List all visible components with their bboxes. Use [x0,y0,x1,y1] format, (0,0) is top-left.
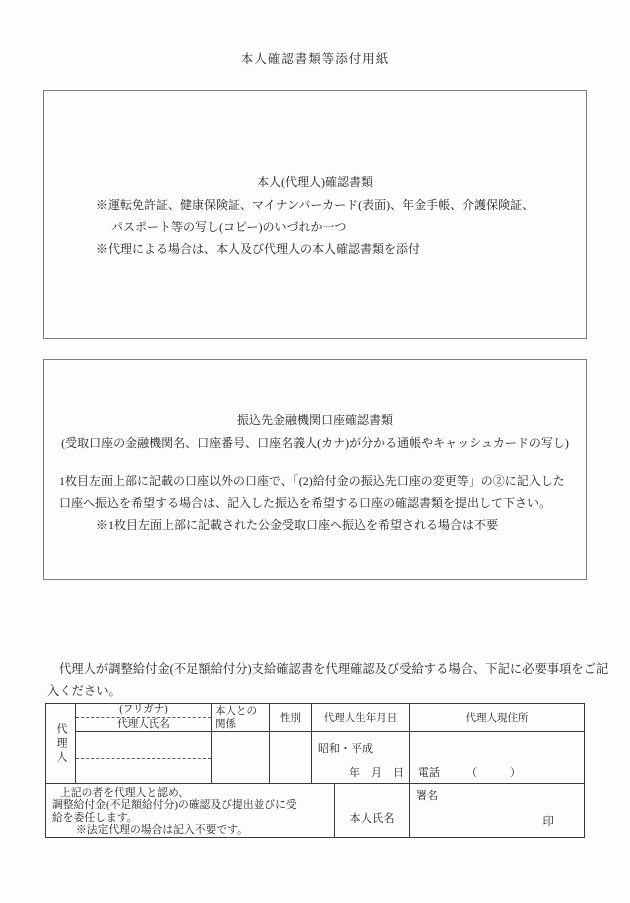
relation-header-cell: 本人との 関係 [212,704,270,732]
birthdate-input-cell: 昭和・平成 年 月 日 [312,732,410,783]
relation-input-cell [212,732,270,783]
proxy-info-table: 代理人 (フリガナ) 代理人氏名 本人との 関係 性別 代理人生年月日 代理人現… [45,703,585,838]
bank-box-heading: 振込先金融機関口座確認書類 [44,411,586,428]
bank-box-subheading: (受取口座の金融機関名、口座番号、口座名義人(カナ)が分かる通帳やキャッシュカー… [44,434,586,451]
identity-documents-box: 本人(代理人)確認書類 ※運転免許証、健康保険証、マイナンバーカード(表面)、年… [43,90,587,339]
furigana-label: (フリガナ) [76,704,211,718]
identity-box-line: ※運転免許証、健康保険証、マイナンバーカード(表面)、年金手帳、介護保険証、 [96,196,534,213]
gender-input-cell [270,732,312,783]
signature-label: 署名 [416,787,438,803]
phone-paren: （ ） [466,767,521,779]
delegation-statement-line: 給を委任します。 [52,812,329,824]
proxy-intro-line: 代理人が調整給付金(不足額給付分)支給確認書を代理確認及び受給する場合、下記に必… [47,659,587,681]
relation-label-line2: 関係 [215,718,269,731]
proxy-intro-line: 入ください。 [47,681,587,703]
principal-name-label: 本人氏名 [349,810,394,826]
birthdate-header-cell: 代理人生年月日 [312,704,410,732]
signature-cell: 署名 印 [410,784,584,837]
bank-box-line: ※1枚目左面上部に記載された公金受取口座へ振込を希望される場合は不要 [96,516,498,533]
address-header-cell: 代理人現住所 [410,704,584,732]
proxy-intro-paragraph: 代理人が調整給付金(不足額給付分)支給確認書を代理確認及び受給する場合、下記に必… [47,659,587,702]
proxy-group-label: 代理人 [55,723,66,765]
proxy-table-lower: 上記の者を代理人と認め、 調整給付金(不足額給付分)の確認及び提出並びに受 給を… [45,784,585,838]
address-label: 代理人現住所 [466,710,529,725]
gender-label: 性別 [280,710,301,725]
identity-box-line: パスポート等の写し(コピー)のいづれか一つ [111,218,347,235]
birthdate-label: 代理人生年月日 [324,710,398,725]
doc-title: 本人確認書類等添付用紙 [0,49,630,67]
proxy-name-header-cell: (フリガナ) 代理人氏名 [76,704,212,732]
principal-name-header-cell: 本人氏名 [335,784,410,837]
delegation-statement-line: ※法定代理の場合は記入不要です。 [52,824,329,836]
phone-line: 電話（ ） [418,764,521,780]
delegation-statement-cell: 上記の者を代理人と認め、 調整給付金(不足額給付分)の確認及び提出並びに受 給を… [46,784,335,837]
document-page: 本人確認書類等添付用紙 本人(代理人)確認書類 ※運転免許証、健康保険証、マイナ… [0,0,630,903]
furigana-writing-line [76,732,211,759]
proxy-name-label: 代理人氏名 [76,718,211,732]
seal-mark-label: 印 [543,813,555,829]
date-format-label: 年 月 日 [349,764,404,780]
proxy-group-label-cell: 代理人 [46,704,76,783]
identity-box-heading: 本人(代理人)確認書類 [44,173,586,190]
delegation-statement-line: 上記の者を代理人と認め、 [52,787,329,799]
gender-header-cell: 性別 [270,704,312,732]
relation-label-line1: 本人との [215,705,269,718]
era-options-label: 昭和・平成 [318,740,373,756]
bank-box-line: 1枚目左面上部に記載の口座以外の口座で、「(2)給付金の振込先口座の変更等」の②… [59,472,565,489]
delegation-statement-line: 調整給付金(不足額給付分)の確認及び提出並びに受 [52,799,329,811]
phone-label: 電話 [418,767,440,779]
bank-account-documents-box: 振込先金融機関口座確認書類 (受取口座の金融機関名、口座番号、口座名義人(カナ)… [43,359,587,580]
address-input-cell: 電話（ ） [410,732,584,783]
proxy-name-input-cell [76,732,212,783]
bank-box-line: 口座へ振込を希望する場合は、記入した振込を希望する口座の確認書類を提出して下さい… [59,494,551,511]
proxy-table-upper: 代理人 (フリガナ) 代理人氏名 本人との 関係 性別 代理人生年月日 代理人現… [45,703,585,784]
identity-box-line: ※代理による場合は、本人及び代理人の本人確認書類を添付 [96,240,420,257]
